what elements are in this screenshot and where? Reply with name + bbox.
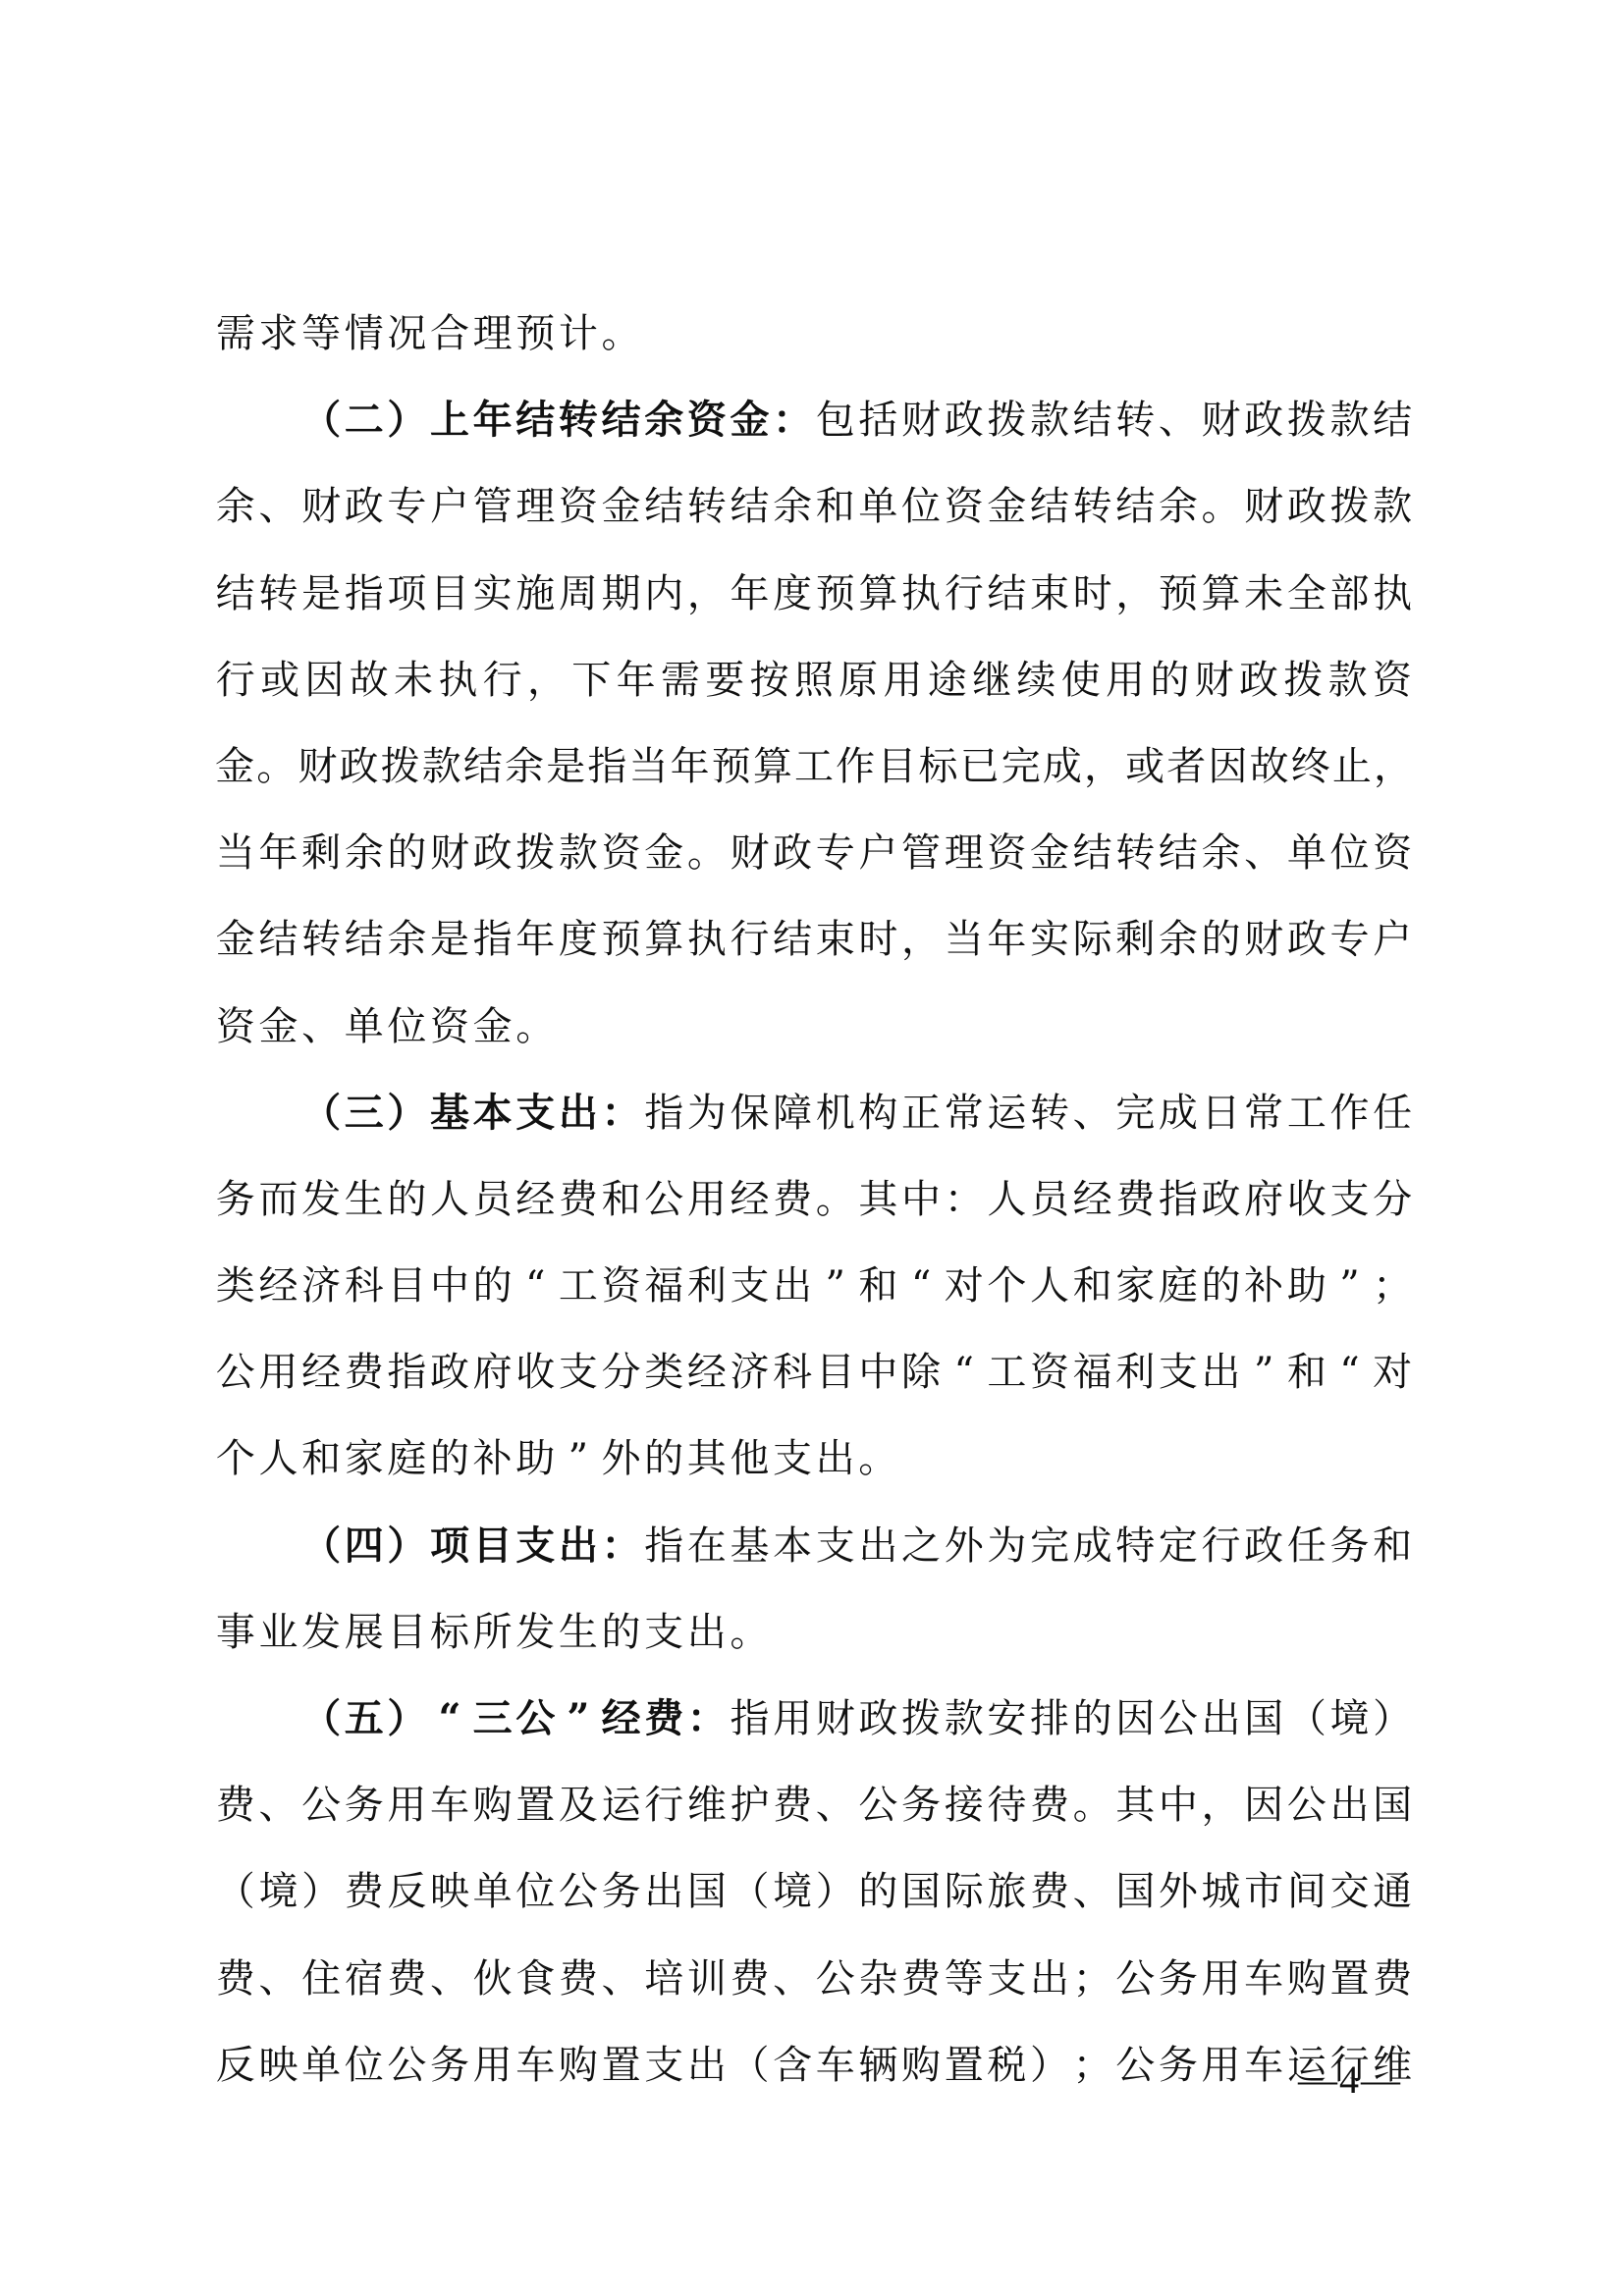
body-char: 户 <box>1371 896 1414 983</box>
body-char: 常 <box>943 1070 986 1156</box>
body-char: 单 <box>299 2022 343 2109</box>
body-char: 因 <box>303 637 347 723</box>
body-char: 际 <box>1071 896 1114 983</box>
body-char: 资 <box>1371 810 1414 896</box>
body-char: 包 <box>814 377 857 463</box>
body-char: 政 <box>343 463 386 550</box>
body-char: 余 <box>343 810 386 896</box>
body-char: 障 <box>771 1070 814 1156</box>
body-char: 分 <box>1371 1156 1414 1243</box>
body-char: 培 <box>642 1936 685 2022</box>
body-char: 支 <box>642 1589 685 1676</box>
body-char: 用 <box>1200 2022 1243 2109</box>
section-heading-char: ） <box>386 377 429 463</box>
body-char: 专 <box>386 463 429 550</box>
body-char: 结 <box>1113 463 1157 550</box>
body-char: 支 <box>771 1415 814 1502</box>
section-heading-char: 目 <box>471 1503 514 1589</box>
body-char: 务 <box>343 1762 386 1848</box>
body-char: 反 <box>386 1848 429 1935</box>
body-char: 之 <box>899 1503 943 1589</box>
body-char: ） <box>299 1848 343 1935</box>
body-char: 目 <box>386 1589 429 1676</box>
body-char: 政 <box>943 377 986 463</box>
body-char: 经 <box>299 1329 343 1415</box>
body-char: 转 <box>1113 377 1157 463</box>
section-heading-char: 费 <box>642 1676 685 1762</box>
body-char: ， <box>1373 723 1414 810</box>
body-char: 年 <box>729 551 772 637</box>
text-line: 个人和家庭的补助”外的其他支出。 <box>214 1415 1414 1502</box>
body-char: 指 <box>1157 1156 1200 1243</box>
body-char: 辆 <box>857 2022 900 2109</box>
body-char: 人 <box>986 1156 1029 1243</box>
text-line: 反映单位公务用车购置支出（含车辆购置税）；公务用车运行维 <box>214 2022 1414 2109</box>
body-char: 预 <box>514 291 557 377</box>
section-heading-char: 经 <box>600 1676 643 1762</box>
body-char: 金 <box>471 984 514 1070</box>
body-char: 保 <box>729 1070 772 1156</box>
section-heading-char: 金 <box>729 377 772 463</box>
section-heading-char: 支 <box>514 1503 557 1589</box>
body-char: 的 <box>600 1589 643 1676</box>
body-char: 财 <box>1242 896 1285 983</box>
body-char: 公 <box>814 1936 857 2022</box>
text-line: 结转是指项目实施周期内，年度预算执行结束时，预算未全部执 <box>214 551 1414 637</box>
body-char: 续 <box>1015 637 1058 723</box>
body-text: 需求等情况合理预计。 （二）上年结转结余资金：包括财政拨款结转、财政拨款结余、财… <box>214 291 1414 2109</box>
body-char: 原 <box>837 637 880 723</box>
body-char: 排 <box>1028 1676 1071 1762</box>
body-char: 费 <box>1028 1848 1071 1935</box>
section-heading-char: 五 <box>343 1676 386 1762</box>
body-char: 公 <box>1113 2022 1157 2109</box>
body-char: 是 <box>428 896 471 983</box>
body-char: 财 <box>299 463 343 550</box>
body-char: 任 <box>1371 1070 1414 1156</box>
body-char: 实 <box>1028 896 1071 983</box>
body-char: 旅 <box>986 1848 1029 1935</box>
body-char: ， <box>1200 1762 1243 1848</box>
body-char: 理 <box>943 810 986 896</box>
body-char: 因 <box>1207 723 1248 810</box>
body-char: “ <box>943 1329 986 1415</box>
text-line: 行或因故未执行，下年需要按照原用途继续使用的财政拨款资 <box>214 637 1414 723</box>
body-char: 拨 <box>514 810 557 896</box>
body-char: 管 <box>899 810 943 896</box>
body-char: 资 <box>986 810 1029 896</box>
body-char: 专 <box>1328 896 1372 983</box>
body-char: 年 <box>514 896 557 983</box>
body-char: 故 <box>348 637 391 723</box>
body-char: 是 <box>545 723 586 810</box>
body-char: 资 <box>557 463 600 550</box>
body-char: 结 <box>771 896 814 983</box>
body-char: 行 <box>214 637 257 723</box>
body-char: 。 <box>814 1156 857 1243</box>
body-char: 资 <box>600 810 643 896</box>
body-char: 置 <box>514 1762 557 1848</box>
body-char: 出 <box>1328 1762 1372 1848</box>
body-char: 余 <box>1200 810 1243 896</box>
body-char: 理 <box>514 463 557 550</box>
body-char: 所 <box>471 1589 514 1676</box>
body-char: 结 <box>214 551 257 637</box>
body-char: 外 <box>943 1503 986 1589</box>
body-char: 度 <box>557 896 600 983</box>
body-char: 情 <box>343 291 386 377</box>
body-char: 务 <box>214 1156 257 1243</box>
body-char: 公 <box>386 2022 429 2109</box>
body-char: 成 <box>1042 723 1083 810</box>
body-char: 政 <box>857 1676 900 1762</box>
body-char: 本 <box>771 1503 814 1589</box>
body-char: 计 <box>557 291 600 377</box>
body-char: 结 <box>1071 810 1114 896</box>
body-char: 故 <box>1249 723 1290 810</box>
body-char: 费 <box>214 1936 257 2022</box>
text-line: 余、财政专户管理资金结转结余和单位资金结转结余。财政拨款 <box>214 463 1414 550</box>
body-char: 生 <box>343 1156 386 1243</box>
body-char: 行 <box>1200 1503 1243 1589</box>
body-char: 照 <box>792 637 836 723</box>
section-heading-char: 出 <box>557 1503 600 1589</box>
body-char: 预 <box>600 896 643 983</box>
body-char: 工 <box>1285 1070 1328 1156</box>
body-char: ； <box>1371 1243 1414 1329</box>
section-heading-char: 四 <box>343 1503 386 1589</box>
body-char: 拨 <box>986 377 1029 463</box>
body-char: 的 <box>1071 1676 1114 1762</box>
body-char: 员 <box>471 1156 514 1243</box>
body-char: 境 <box>1328 1676 1372 1762</box>
body-char: 通 <box>1371 1848 1414 1935</box>
body-char: 公 <box>214 1329 257 1415</box>
body-char: 支 <box>1157 1329 1200 1415</box>
text-line: 金。财政拨款结余是指当年预算工作目标已完成，或者因故终止， <box>214 723 1414 810</box>
body-char: 施 <box>514 551 557 637</box>
body-char: 食 <box>514 1936 557 2022</box>
body-char: 用 <box>471 2022 514 2109</box>
text-line: 类经济科目中的“工资福利支出”和“对个人和家庭的补助”； <box>214 1243 1414 1329</box>
body-char: 费 <box>1113 1156 1157 1243</box>
text-line: 务而发生的人员经费和公用经费。其中：人员经费指政府收支分 <box>214 1156 1414 1243</box>
body-char: 的 <box>471 1243 514 1329</box>
body-char: 家 <box>1113 1243 1157 1329</box>
section-heading-char: ： <box>600 1503 643 1589</box>
body-char: 业 <box>257 1589 300 1676</box>
body-char: 费 <box>899 1936 943 2022</box>
body-char: 国 <box>1242 1676 1285 1762</box>
body-char: 已 <box>959 723 1001 810</box>
body-char: 出 <box>771 1243 814 1329</box>
text-line: （境）费反映单位公务出国（境）的国际旅费、国外城市间交通 <box>214 1848 1414 1935</box>
body-char: 费 <box>386 1936 429 2022</box>
body-char: 未 <box>392 637 435 723</box>
body-char: 理 <box>471 291 514 377</box>
body-char: 费 <box>1371 1936 1414 2022</box>
page-number: —4— <box>1298 2056 1402 2103</box>
body-char: 、 <box>771 1936 814 2022</box>
body-char: 或 <box>1124 723 1165 810</box>
body-char: 置 <box>1328 1936 1372 2022</box>
body-char: 算 <box>857 551 900 637</box>
section-heading-char: （ <box>299 1503 343 1589</box>
body-char: 他 <box>729 1415 772 1502</box>
body-char: 终 <box>1290 723 1331 810</box>
body-char: 使 <box>1059 637 1103 723</box>
body-char: 。 <box>685 810 729 896</box>
body-char: “ <box>514 1243 557 1329</box>
body-char: 结 <box>343 896 386 983</box>
body-char: 资 <box>600 1243 643 1329</box>
body-char: 金 <box>214 723 255 810</box>
body-char: 和 <box>857 1243 900 1329</box>
section-heading-char: 转 <box>557 377 600 463</box>
body-char: 中 <box>428 1243 471 1329</box>
body-char: 余 <box>386 896 429 983</box>
section-heading-char: ） <box>386 1503 429 1589</box>
body-char: 庭 <box>386 1415 429 1502</box>
body-char: 助 <box>514 1415 557 1502</box>
body-char: 用 <box>685 1156 729 1243</box>
body-char: 人 <box>1028 1243 1071 1329</box>
body-char: 的 <box>642 1415 685 1502</box>
body-char: 支 <box>986 1936 1029 2022</box>
body-char: 福 <box>1071 1329 1114 1415</box>
body-char: 位 <box>514 1848 557 1935</box>
section-heading-char: 二 <box>343 377 386 463</box>
body-char: 位 <box>1328 810 1372 896</box>
body-char: 的 <box>857 1848 900 1935</box>
text-line: 需求等情况合理预计。 <box>214 291 1414 377</box>
body-char: 公 <box>1113 1936 1157 2022</box>
body-char: 住 <box>299 1936 343 2022</box>
body-char: 款 <box>557 810 600 896</box>
body-char: 周 <box>557 551 600 637</box>
body-char: 成 <box>1071 1503 1114 1589</box>
body-char: 、 <box>814 1762 857 1848</box>
body-char: 务 <box>428 2022 471 2109</box>
body-char: ， <box>1113 551 1157 637</box>
body-char: 目 <box>814 1329 857 1415</box>
body-char: 余 <box>1157 896 1200 983</box>
body-char: 余 <box>1157 463 1200 550</box>
body-char: 指 <box>729 1676 772 1762</box>
body-char: 结 <box>986 551 1029 637</box>
body-char: 生 <box>557 1589 600 1676</box>
body-char: 专 <box>814 810 857 896</box>
body-char: 金 <box>214 896 257 983</box>
body-char: 行 <box>481 637 524 723</box>
body-char: 内 <box>642 551 685 637</box>
body-char: 费 <box>343 1848 386 1935</box>
body-char: 用 <box>771 1676 814 1762</box>
body-char: 拨 <box>899 1676 943 1762</box>
body-char: 户 <box>428 463 471 550</box>
body-char: 收 <box>514 1329 557 1415</box>
body-char: 、 <box>1071 1848 1114 1935</box>
body-char: 当 <box>627 723 669 810</box>
body-char: 构 <box>857 1070 900 1156</box>
body-char: 按 <box>748 637 791 723</box>
body-char: 运 <box>600 1762 643 1848</box>
body-char: 和 <box>299 1415 343 1502</box>
body-char: 济 <box>729 1329 772 1415</box>
body-char: 单 <box>1285 810 1328 896</box>
body-char: 含 <box>771 2022 814 2109</box>
text-line: （三）基本支出：指为保障机构正常运转、完成日常工作任 <box>214 1070 1414 1156</box>
body-char: 目 <box>386 1243 429 1329</box>
body-char: 结 <box>1371 377 1414 463</box>
body-char: 政 <box>1237 637 1280 723</box>
body-char: 反 <box>214 2022 257 2109</box>
body-char: 拨 <box>1328 463 1372 550</box>
body-char: 除 <box>899 1329 943 1415</box>
body-char: ： <box>943 1156 986 1243</box>
body-char: 费 <box>1028 1762 1071 1848</box>
body-char <box>214 1070 257 1156</box>
body-char: 政 <box>1242 377 1285 463</box>
body-char: 年 <box>670 723 711 810</box>
text-line: 费、住宿费、伙食费、培训费、公杂费等支出；公务用车购置费 <box>214 1936 1414 2022</box>
section-heading-char: 公 <box>514 1676 557 1762</box>
section-heading-char: 年 <box>471 377 514 463</box>
body-char: 度 <box>771 551 814 637</box>
body-char: 正 <box>899 1070 943 1156</box>
body-char: 单 <box>857 463 900 550</box>
body-char: 当 <box>214 810 257 896</box>
body-char: 算 <box>642 896 685 983</box>
text-line: （四）项目支出：指在基本支出之外为完成特定行政任务和 <box>214 1503 1414 1589</box>
body-char: 款 <box>1328 377 1372 463</box>
body-char: 交 <box>1328 1848 1372 1935</box>
body-char: 时 <box>1071 551 1114 637</box>
body-char: 金 <box>986 463 1029 550</box>
body-char: 标 <box>917 723 958 810</box>
body-char: 用 <box>1104 637 1147 723</box>
body-char <box>214 1676 257 1762</box>
body-char: 合 <box>428 291 471 377</box>
body-char: 出 <box>857 1503 900 1589</box>
body-char: ” <box>1328 1243 1372 1329</box>
body-char: 。 <box>600 291 643 377</box>
body-char: 护 <box>729 1762 772 1848</box>
body-char: 金 <box>642 810 685 896</box>
body-char: 年 <box>986 896 1029 983</box>
body-char: 收 <box>1285 1156 1328 1243</box>
body-char: 经 <box>1071 1156 1114 1243</box>
body-char: 支 <box>814 1503 857 1589</box>
body-char: 常 <box>1242 1070 1285 1156</box>
body-char: 财 <box>1193 637 1236 723</box>
body-char: 预 <box>711 723 752 810</box>
body-char: 项 <box>386 551 429 637</box>
body-char: 府 <box>1242 1156 1285 1243</box>
body-char: 家 <box>343 1415 386 1502</box>
body-char: 助 <box>1285 1243 1328 1329</box>
section-heading-char: 项 <box>428 1503 471 1589</box>
body-char: 单 <box>343 984 386 1070</box>
body-char: 特 <box>1113 1503 1157 1589</box>
body-char: 中 <box>857 1329 900 1415</box>
section-heading-char: 基 <box>428 1070 471 1156</box>
section-heading-char: 出 <box>557 1070 600 1156</box>
body-char: 发 <box>514 1589 557 1676</box>
text-line: 当年剩余的财政拨款资金。财政专户管理资金结转结余、单位资 <box>214 810 1414 896</box>
body-char: ； <box>1071 2022 1114 2109</box>
body-char: 定 <box>1157 1503 1200 1589</box>
body-char: 而 <box>257 1156 300 1243</box>
body-char: 安 <box>986 1676 1029 1762</box>
body-char: 资 <box>943 463 986 550</box>
body-char: 的 <box>1200 1243 1243 1329</box>
body-char: 购 <box>471 1762 514 1848</box>
body-char: ” <box>814 1243 857 1329</box>
section-heading-char: 三 <box>343 1070 386 1156</box>
body-char: 、 <box>257 463 300 550</box>
body-char: 拨 <box>380 723 421 810</box>
body-char: 行 <box>943 551 986 637</box>
body-char: 完 <box>1001 723 1042 810</box>
body-char: 剩 <box>1113 896 1157 983</box>
body-char: 出 <box>814 1415 857 1502</box>
body-char: 资 <box>1371 637 1414 723</box>
body-char <box>214 377 257 463</box>
body-char: 工 <box>793 723 835 810</box>
body-char: 经 <box>257 1243 300 1329</box>
body-char: 出 <box>1200 1329 1243 1415</box>
body-char: 指 <box>386 1329 429 1415</box>
body-char: ， <box>525 637 568 723</box>
body-char: 指 <box>471 896 514 983</box>
body-char: 标 <box>428 1589 471 1676</box>
body-char: 国 <box>1113 1848 1157 1935</box>
body-char: 余 <box>771 463 814 550</box>
section-heading-char: 三 <box>471 1676 514 1762</box>
section-heading-char: （ <box>299 377 343 463</box>
body-char: 对 <box>1371 1329 1414 1415</box>
text-line: （二）上年结转结余资金：包括财政拨款结转、财政拨款结 <box>214 377 1414 463</box>
body-char: “ <box>899 1243 943 1329</box>
body-char: 是 <box>299 551 343 637</box>
body-char: 日 <box>1200 1070 1243 1156</box>
body-char: 人 <box>257 1415 300 1502</box>
body-char: 公 <box>642 1156 685 1243</box>
body-char: 基 <box>729 1503 772 1589</box>
body-char: 结 <box>1071 377 1114 463</box>
body-char: 支 <box>642 2022 685 2109</box>
body-char: 执 <box>685 896 729 983</box>
body-char: 员 <box>1028 1156 1071 1243</box>
body-char: ） <box>814 1848 857 1935</box>
body-char: 。 <box>729 1589 772 1676</box>
body-char: 转 <box>1028 1070 1071 1156</box>
body-char: 执 <box>899 551 943 637</box>
body-char: 车 <box>814 2022 857 2109</box>
section-heading-char: ” <box>557 1676 600 1762</box>
body-char: 务 <box>600 1848 643 1935</box>
body-char: 目 <box>428 551 471 637</box>
body-char: （ <box>214 1848 257 1935</box>
body-char: 国 <box>899 1848 943 1935</box>
body-char: 、 <box>299 984 343 1070</box>
body-char: 置 <box>600 2022 643 2109</box>
body-char: 杂 <box>857 1936 900 2022</box>
body-char: 。 <box>856 1415 899 1502</box>
body-char: ， <box>1083 723 1124 810</box>
body-char: ” <box>1242 1329 1285 1415</box>
